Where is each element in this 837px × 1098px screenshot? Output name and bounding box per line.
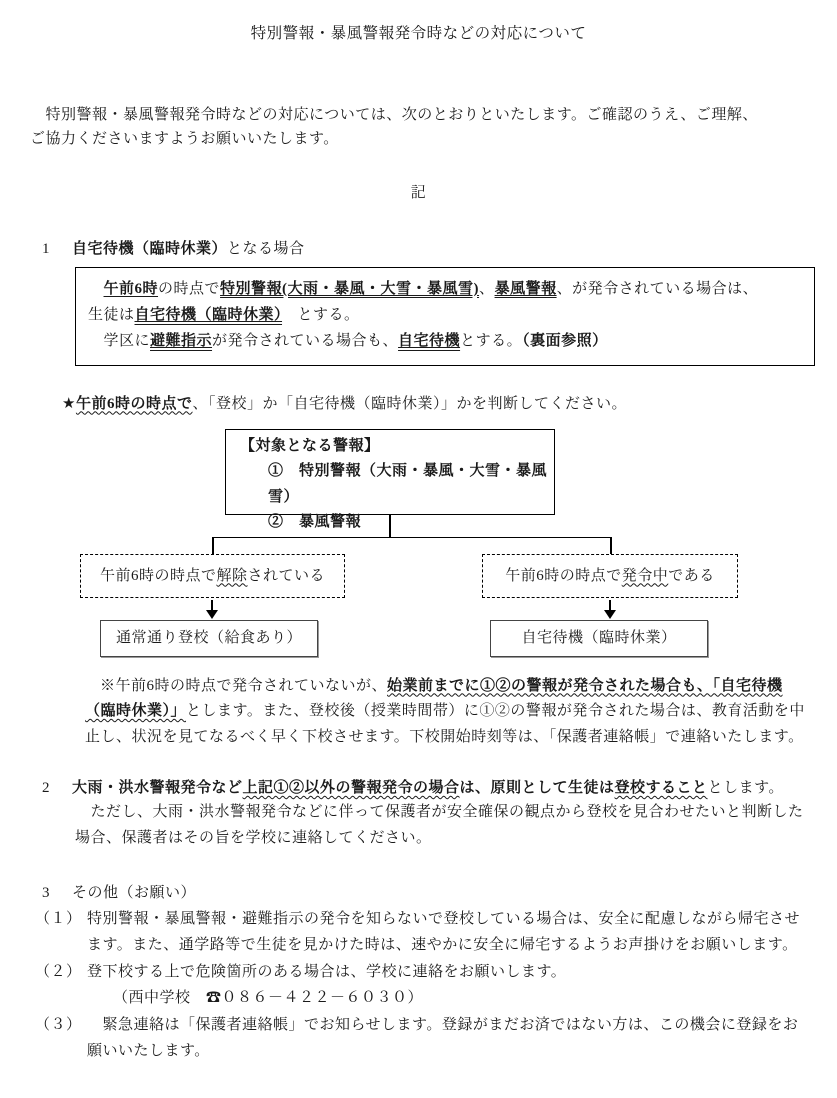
- connector-stem: [389, 515, 391, 538]
- section3-title: その他（お願い）: [72, 885, 196, 901]
- item-2-main-text: 登下校する上で危険箇所のある場合は、学校に連絡をお願いします。: [87, 964, 566, 980]
- flowchart-target-item-1: ① 特別警報（大雨・暴風・大雪・暴風雪）: [240, 459, 554, 510]
- item-1-text: 特別警報・暴風警報・避難指示の発令を知らないで登校している場合は、安全に配慮しな…: [87, 907, 807, 958]
- condition-cleared-text: 午前6時の時点で解除されている: [100, 564, 325, 588]
- section3-heading: 3その他（お願い）: [42, 881, 807, 905]
- section1-number: 1: [42, 237, 72, 261]
- intro-line-2: ご協力くださいますようお願いいたします。: [30, 127, 807, 151]
- item-1-number: （１）: [35, 907, 87, 958]
- connector-left-drop: [212, 537, 214, 554]
- item-2-number: （２）: [35, 960, 87, 1011]
- flowchart: 【対象となる警報】 ① 特別警報（大雨・暴風・大雪・暴風雪） ② 暴風警報 午前…: [30, 424, 807, 668]
- section3-number: 3: [42, 881, 72, 905]
- rule-box-line-1: 午前6時の時点で特別警報(大雨・暴風・大雪・暴風雪)、暴風警報、が発令されている…: [88, 276, 802, 302]
- school-phone: （西中学校 ☎０８６－４２２－６０３０）: [113, 986, 807, 1012]
- condition-active-text: 午前6時の時点で発令中である: [505, 564, 715, 588]
- section2-number: 2: [42, 776, 72, 800]
- section1-heading-text: 自宅待機（臨時休業）となる場合: [72, 241, 305, 257]
- connector-right-drop: [610, 537, 612, 554]
- condition-box-cleared: 午前6時の時点で解除されている: [80, 554, 345, 598]
- flowchart-target-box: 【対象となる警報】 ① 特別警報（大雨・暴風・大雪・暴風雪） ② 暴風警報: [225, 429, 555, 515]
- list-item-3: （３） 緊急連絡は「保護者連絡帳」でお知らせします。登録がまだお済ではない方は、…: [35, 1013, 807, 1064]
- section1-heading: 1自宅待機（臨時休業）となる場合: [42, 237, 807, 261]
- rule-box: 午前6時の時点で特別警報(大雨・暴風・大雪・暴風雪)、暴風警報、が発令されている…: [75, 267, 815, 366]
- result-stay-home-text: 自宅待機（臨時休業）: [521, 626, 676, 650]
- condition-box-active: 午前6時の時点で発令中である: [482, 554, 738, 598]
- document-title: 特別警報・暴風警報発令時などの対応について: [30, 22, 807, 47]
- item-2-text: 登下校する上で危険箇所のある場合は、学校に連絡をお願いします。 （西中学校 ☎０…: [87, 960, 807, 1011]
- flowchart-target-item-2: ② 暴風警報: [240, 510, 554, 536]
- result-box-attend: 通常通り登校（給食あり）: [100, 620, 318, 657]
- connector-crossbar: [212, 537, 611, 539]
- rule-box-line-2: 生徒は自宅待機（臨時休業） とする。: [88, 302, 802, 328]
- item-3-text: 緊急連絡は「保護者連絡帳」でお知らせします。登録がまだお済ではない方は、この機会…: [87, 1013, 807, 1064]
- section2-body: ただし、大雨・洪水警報発令などに伴って保護者が安全確保の観点から登校を見合わせた…: [75, 800, 810, 851]
- section2-heading: 2大雨・洪水警報発令など上記①②以外の警報発令の場合は、原則として生徒は登校する…: [42, 776, 807, 800]
- record-mark: 記: [30, 181, 807, 205]
- left-arrow-head: [206, 610, 218, 619]
- result-attend-text: 通常通り登校（給食あり）: [116, 626, 302, 650]
- star-note: ★午前6時の時点で、「登校」か「自宅待機（臨時休業）」かを判断してください。: [62, 392, 807, 416]
- intro-paragraph: 特別警報・暴風警報発令時などの対応については、次のとおりといたします。ご確認のう…: [30, 103, 807, 151]
- document-page: 特別警報・暴風警報発令時などの対応について 特別警報・暴風警報発令時などの対応に…: [0, 0, 837, 1098]
- flowchart-target-title: 【対象となる警報】: [240, 434, 554, 460]
- intro-line-1: 特別警報・暴風警報発令時などの対応については、次のとおりといたします。ご確認のう…: [30, 103, 807, 127]
- asterisk-note: ※午前6時の時点で発令されていないが、始業前までに①②の警報が発令された場合も、…: [85, 674, 807, 751]
- section2-heading-text: 大雨・洪水警報発令など上記①②以外の警報発令の場合は、原則として生徒は登校するこ…: [72, 780, 784, 796]
- right-arrow-head: [604, 610, 616, 619]
- list-item-2: （２） 登下校する上で危険箇所のある場合は、学校に連絡をお願いします。 （西中学…: [35, 960, 807, 1011]
- rule-box-line-3: 学区に避難指示が発令されている場合も、自宅待機とする。（裏面参照）: [88, 328, 802, 354]
- list-item-1: （１） 特別警報・暴風警報・避難指示の発令を知らないで登校している場合は、安全に…: [35, 907, 807, 958]
- result-box-stay-home: 自宅待機（臨時休業）: [490, 620, 708, 657]
- item-3-number: （３）: [35, 1013, 87, 1064]
